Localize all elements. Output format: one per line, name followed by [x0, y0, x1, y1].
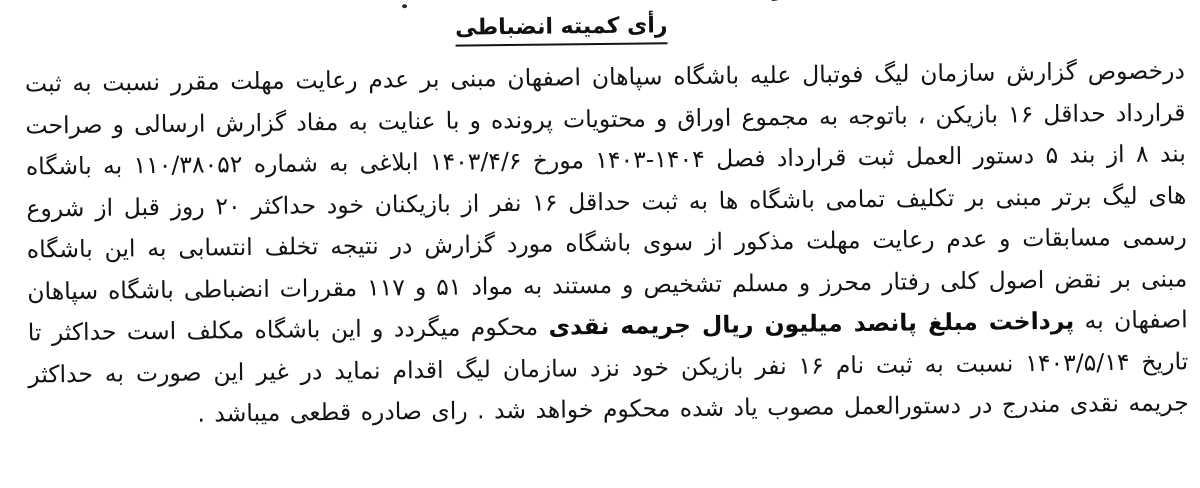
- ruling-text-before-verdict: درخصوص گزارش سازمان لیگ فوتبال علیه باشگ…: [25, 56, 1188, 334]
- scan-speck: [402, 4, 407, 8]
- ruling-paragraph: درخصوص گزارش سازمان لیگ فوتبال علیه باشگ…: [25, 50, 1189, 437]
- cut-off-text-fragment: ریاست: [674, 0, 784, 8]
- page-title: رأی کمیته انضباطی: [455, 13, 668, 46]
- scanned-document-page: ریاست رأی کمیته انضباطی درخصوص گزارش ساز…: [0, 0, 1200, 488]
- scan-content: ریاست رأی کمیته انضباطی درخصوص گزارش ساز…: [0, 0, 1200, 437]
- verdict-bold-text: پرداخت مبلغ پانصد میلیون ریال جریمه نقدی: [548, 307, 1074, 341]
- heading-row: رأی کمیته انضباطی: [0, 7, 1199, 52]
